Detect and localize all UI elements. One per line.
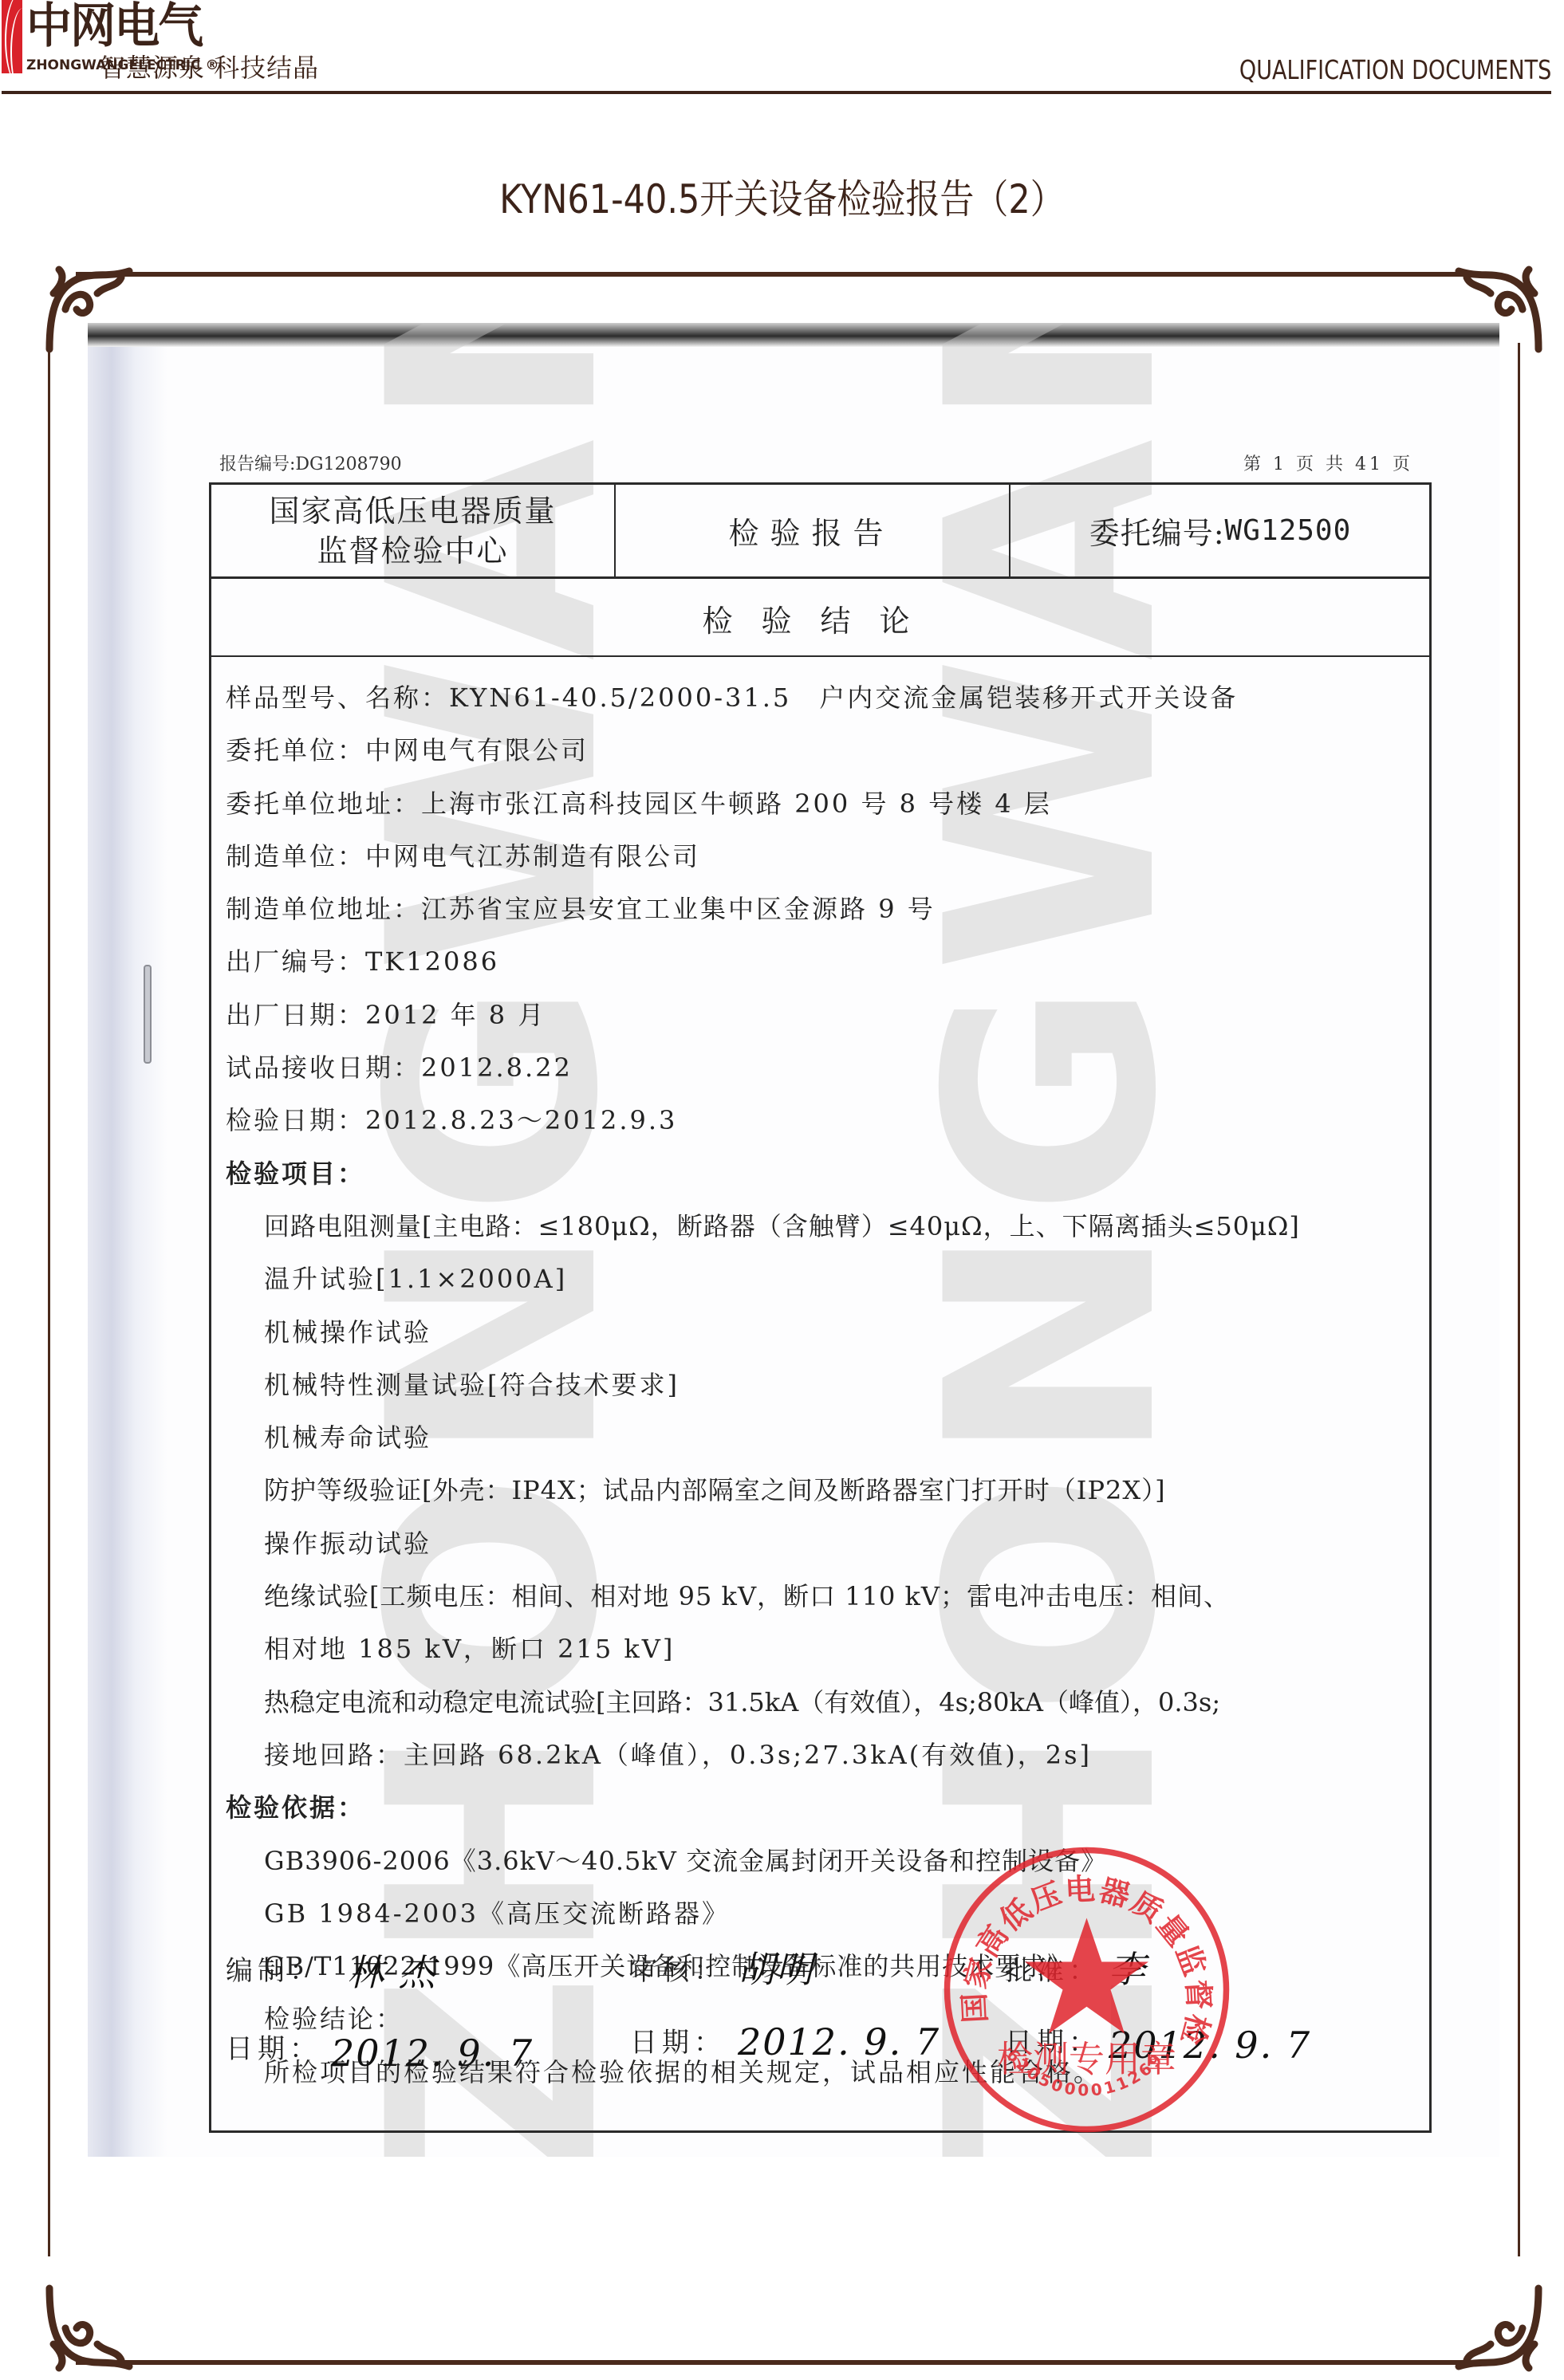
field-row: 委托单位地址：上海市张江高科技园区牛顿路 200 号 8 号楼 4 层 — [226, 777, 1413, 830]
test-item: 热稳定电流和动稳定电流试验[主回路：31.5kA（有效值），4s;80kA（峰值… — [226, 1676, 1413, 1729]
frame-right-line — [1518, 343, 1520, 2256]
reviewed-signature: 胡明 — [738, 1941, 814, 1993]
brand-slogan: 智慧源泉 科技结晶 — [100, 48, 319, 85]
reviewed-date-label: 日期： — [630, 2020, 726, 2059]
reviewed-date: 2012. 9. 7 — [738, 2020, 940, 2063]
compiled-label: 编制： — [226, 1949, 321, 1988]
table-rule — [211, 655, 1429, 657]
frame-left-line — [48, 343, 50, 2256]
corner-ornament-icon — [41, 2280, 137, 2376]
basis-label: 检验依据： — [226, 1781, 1413, 1834]
page-header: 中网电气 ZHONGWANGELECTRIC ® 智慧源泉 科技结晶 QUALI… — [0, 0, 1564, 94]
field-row: 样品型号、名称：KYN61-40.5/2000-31.5 户内交流金属铠装移开式… — [226, 671, 1413, 724]
binding-shadow — [88, 323, 167, 2157]
test-item: 机械特性测量试验[符合技术要求] — [226, 1359, 1413, 1411]
field-row: 检验日期：2012.8.23～2012.9.3 — [226, 1094, 1413, 1147]
compiled-date-label: 日期： — [226, 2027, 321, 2066]
doc-type-cell: 检验报告 — [614, 485, 1010, 576]
field-row: 制造单位：中网电气江苏制造有限公司 — [226, 830, 1413, 883]
scan-edge-shadow — [88, 323, 1499, 347]
test-item: 温升试验[1.1×2000A] — [226, 1253, 1413, 1305]
compiled-signature: 林 杰 — [347, 1944, 437, 1996]
frame-top-line — [76, 272, 1484, 277]
corner-ornament-icon — [1451, 2280, 1546, 2376]
brand-name-cn: 中网电气 — [26, 0, 202, 54]
svg-text:国家高低压电器质量监督检验中心: 国家高低压电器质量监督检验中心 — [937, 1840, 1217, 2051]
reviewed-label: 审核： — [630, 1949, 726, 1988]
seal-ring-text: 国家高低压电器质量监督检验中心 — [937, 1840, 1217, 2051]
report-table: 国家高低压电器质量监督检验中心 检验报告 委托编号:WG12500 检验结论 样… — [209, 482, 1432, 2133]
frame-bottom-line — [76, 2360, 1484, 2365]
test-item: 接地回路：主回路 68.2kA（峰值），0.3s;27.3kA(有效值)，2s] — [226, 1729, 1413, 1781]
section-label: QUALIFICATION DOCUMENTS — [1239, 54, 1551, 85]
test-item: 回路电阻测量[主电路：≤180μΩ，断路器（含触臂）≤40μΩ，上、下隔离插头≤… — [226, 1200, 1413, 1253]
issuer-cell: 国家高低压电器质量监督检验中心 — [211, 485, 616, 576]
scanned-report: ZHONGWANGELECTRIC ZHONGWANGELECTRIC 报告编号… — [88, 323, 1499, 2157]
test-item: 相对地 185 kV，断口 215 kV] — [226, 1623, 1413, 1675]
field-row: 委托单位：中网电气有限公司 — [226, 724, 1413, 777]
issuer-line: 国家高低压电器质量 — [269, 491, 556, 531]
staple-icon — [144, 965, 152, 1064]
brand-logo-icon — [2, 0, 22, 73]
page-title: KYN61-40.5开关设备检验报告（2） — [109, 167, 1454, 225]
compiled-date: 2012. 9. 7 — [331, 2032, 534, 2075]
items-label: 检验项目： — [226, 1147, 1413, 1200]
test-item: 防护等级验证[外壳：IP4X；试品内部隔室之间及断路器室门打开时（IP2X）] — [226, 1464, 1413, 1517]
header-divider — [2, 91, 1551, 94]
report-number: 报告编号:DG1208790 — [219, 450, 402, 475]
test-item: 绝缘试验[工频电压：相间、相对地 95 kV，断口 110 kV；雷电冲击电压：… — [226, 1570, 1413, 1623]
section-title: 检验结论 — [211, 596, 1429, 640]
inspection-seal-icon: 国家高低压电器质量监督检验中心 检测专用章 6205000011269 — [937, 1840, 1236, 2139]
entrust-no-cell: 委托编号:WG12500 — [1009, 485, 1432, 576]
field-row: 出厂编号：TK12086 — [226, 935, 1413, 988]
issuer-line: 监督检验中心 — [269, 531, 556, 571]
test-item: 机械寿命试验 — [226, 1411, 1413, 1464]
field-row: 制造单位地址：江苏省宝应县安宜工业集中区金源路 9 号 — [226, 883, 1413, 935]
test-item: 操作振动试验 — [226, 1517, 1413, 1570]
report-header-row: 国家高低压电器质量监督检验中心 检验报告 委托编号:WG12500 — [211, 485, 1429, 579]
test-item: 机械操作试验 — [226, 1306, 1413, 1359]
field-row: 出厂日期：2012 年 8 月 — [226, 989, 1413, 1041]
page-info: 第 1 页 共 41 页 — [1243, 450, 1413, 475]
field-row: 试品接收日期：2012.8.22 — [226, 1041, 1413, 1094]
